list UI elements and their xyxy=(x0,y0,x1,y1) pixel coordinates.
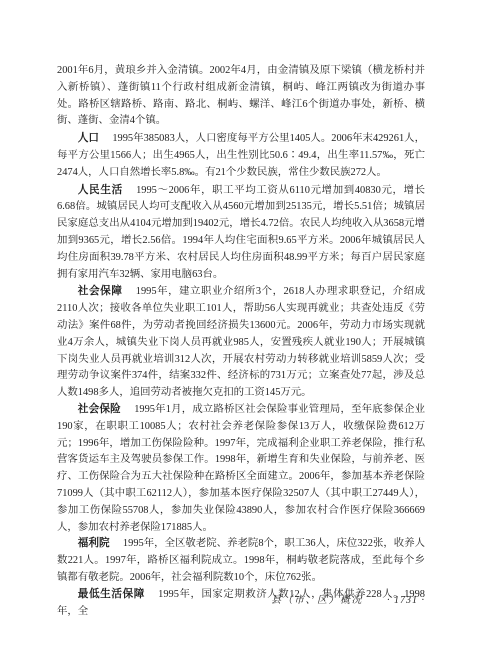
paragraph-text: 1995年，建立职业介绍所3个，2618人办理求职登记，介绍成2110人次；接收… xyxy=(57,286,425,398)
document-page: 2001年6月，黄琅乡并入金清镇。2002年4月，由金清镇及原下梁镇（横龙桥村并… xyxy=(57,63,425,620)
subsection-heading-social-insurance: 社会保险 xyxy=(78,404,121,415)
page-number: · 1731 · xyxy=(387,595,425,606)
paragraph-text: 1995年，全区敬老院、养老院8个，职工36人，床位322张，收养人数221人。… xyxy=(57,538,425,583)
section-paragraph-welfare-home: 福利院1995年，全区敬老院、养老院8个，职工36人，床位322张，收养人数22… xyxy=(57,536,425,586)
page-footer: 县（市、区）概况· 1731 · xyxy=(57,594,425,608)
section-heading-livelihood: 人民生活 xyxy=(78,184,123,196)
section-heading-population: 人口 xyxy=(78,132,99,144)
section-paragraph-social-insurance: 社会保险1995年1月，成立路桥区社会保险事业管理局，至年底参保企业190家，在… xyxy=(57,402,425,536)
section-heading-social-security: 社会保障 xyxy=(78,285,123,297)
paragraph-text: 2001年6月，黄琅乡并入金清镇。2002年4月，由金清镇及原下梁镇（横龙桥村并… xyxy=(57,65,425,126)
section-paragraph-livelihood: 人民生活1995～2006年，职工平均工资从6110元增加到40830元，增长6… xyxy=(57,182,425,284)
paragraph-text: 1995年1月，成立路桥区社会保险事业管理局，至年底参保企业190家，在职职工1… xyxy=(57,404,425,533)
paragraph-text: 1995年385083人，人口密度每平方公里1405人。2006年末429261… xyxy=(57,133,425,178)
paragraph-text: 1995～2006年，职工平均工资从6110元增加到40830元，增长6.68倍… xyxy=(57,185,425,280)
section-paragraph-social-security: 社会保障1995年，建立职业介绍所3个，2618人办理求职登记，介绍成2110人… xyxy=(57,283,425,402)
paragraph-continuation: 2001年6月，黄琅乡并入金清镇。2002年4月，由金清镇及原下梁镇（横龙桥村并… xyxy=(57,63,425,130)
subsection-heading-welfare-home: 福利院 xyxy=(78,538,110,549)
section-paragraph-population: 人口1995年385083人，人口密度每平方公里1405人。2006年末4292… xyxy=(57,130,425,181)
footer-section-label: 县（市、区）概况 xyxy=(271,595,363,606)
